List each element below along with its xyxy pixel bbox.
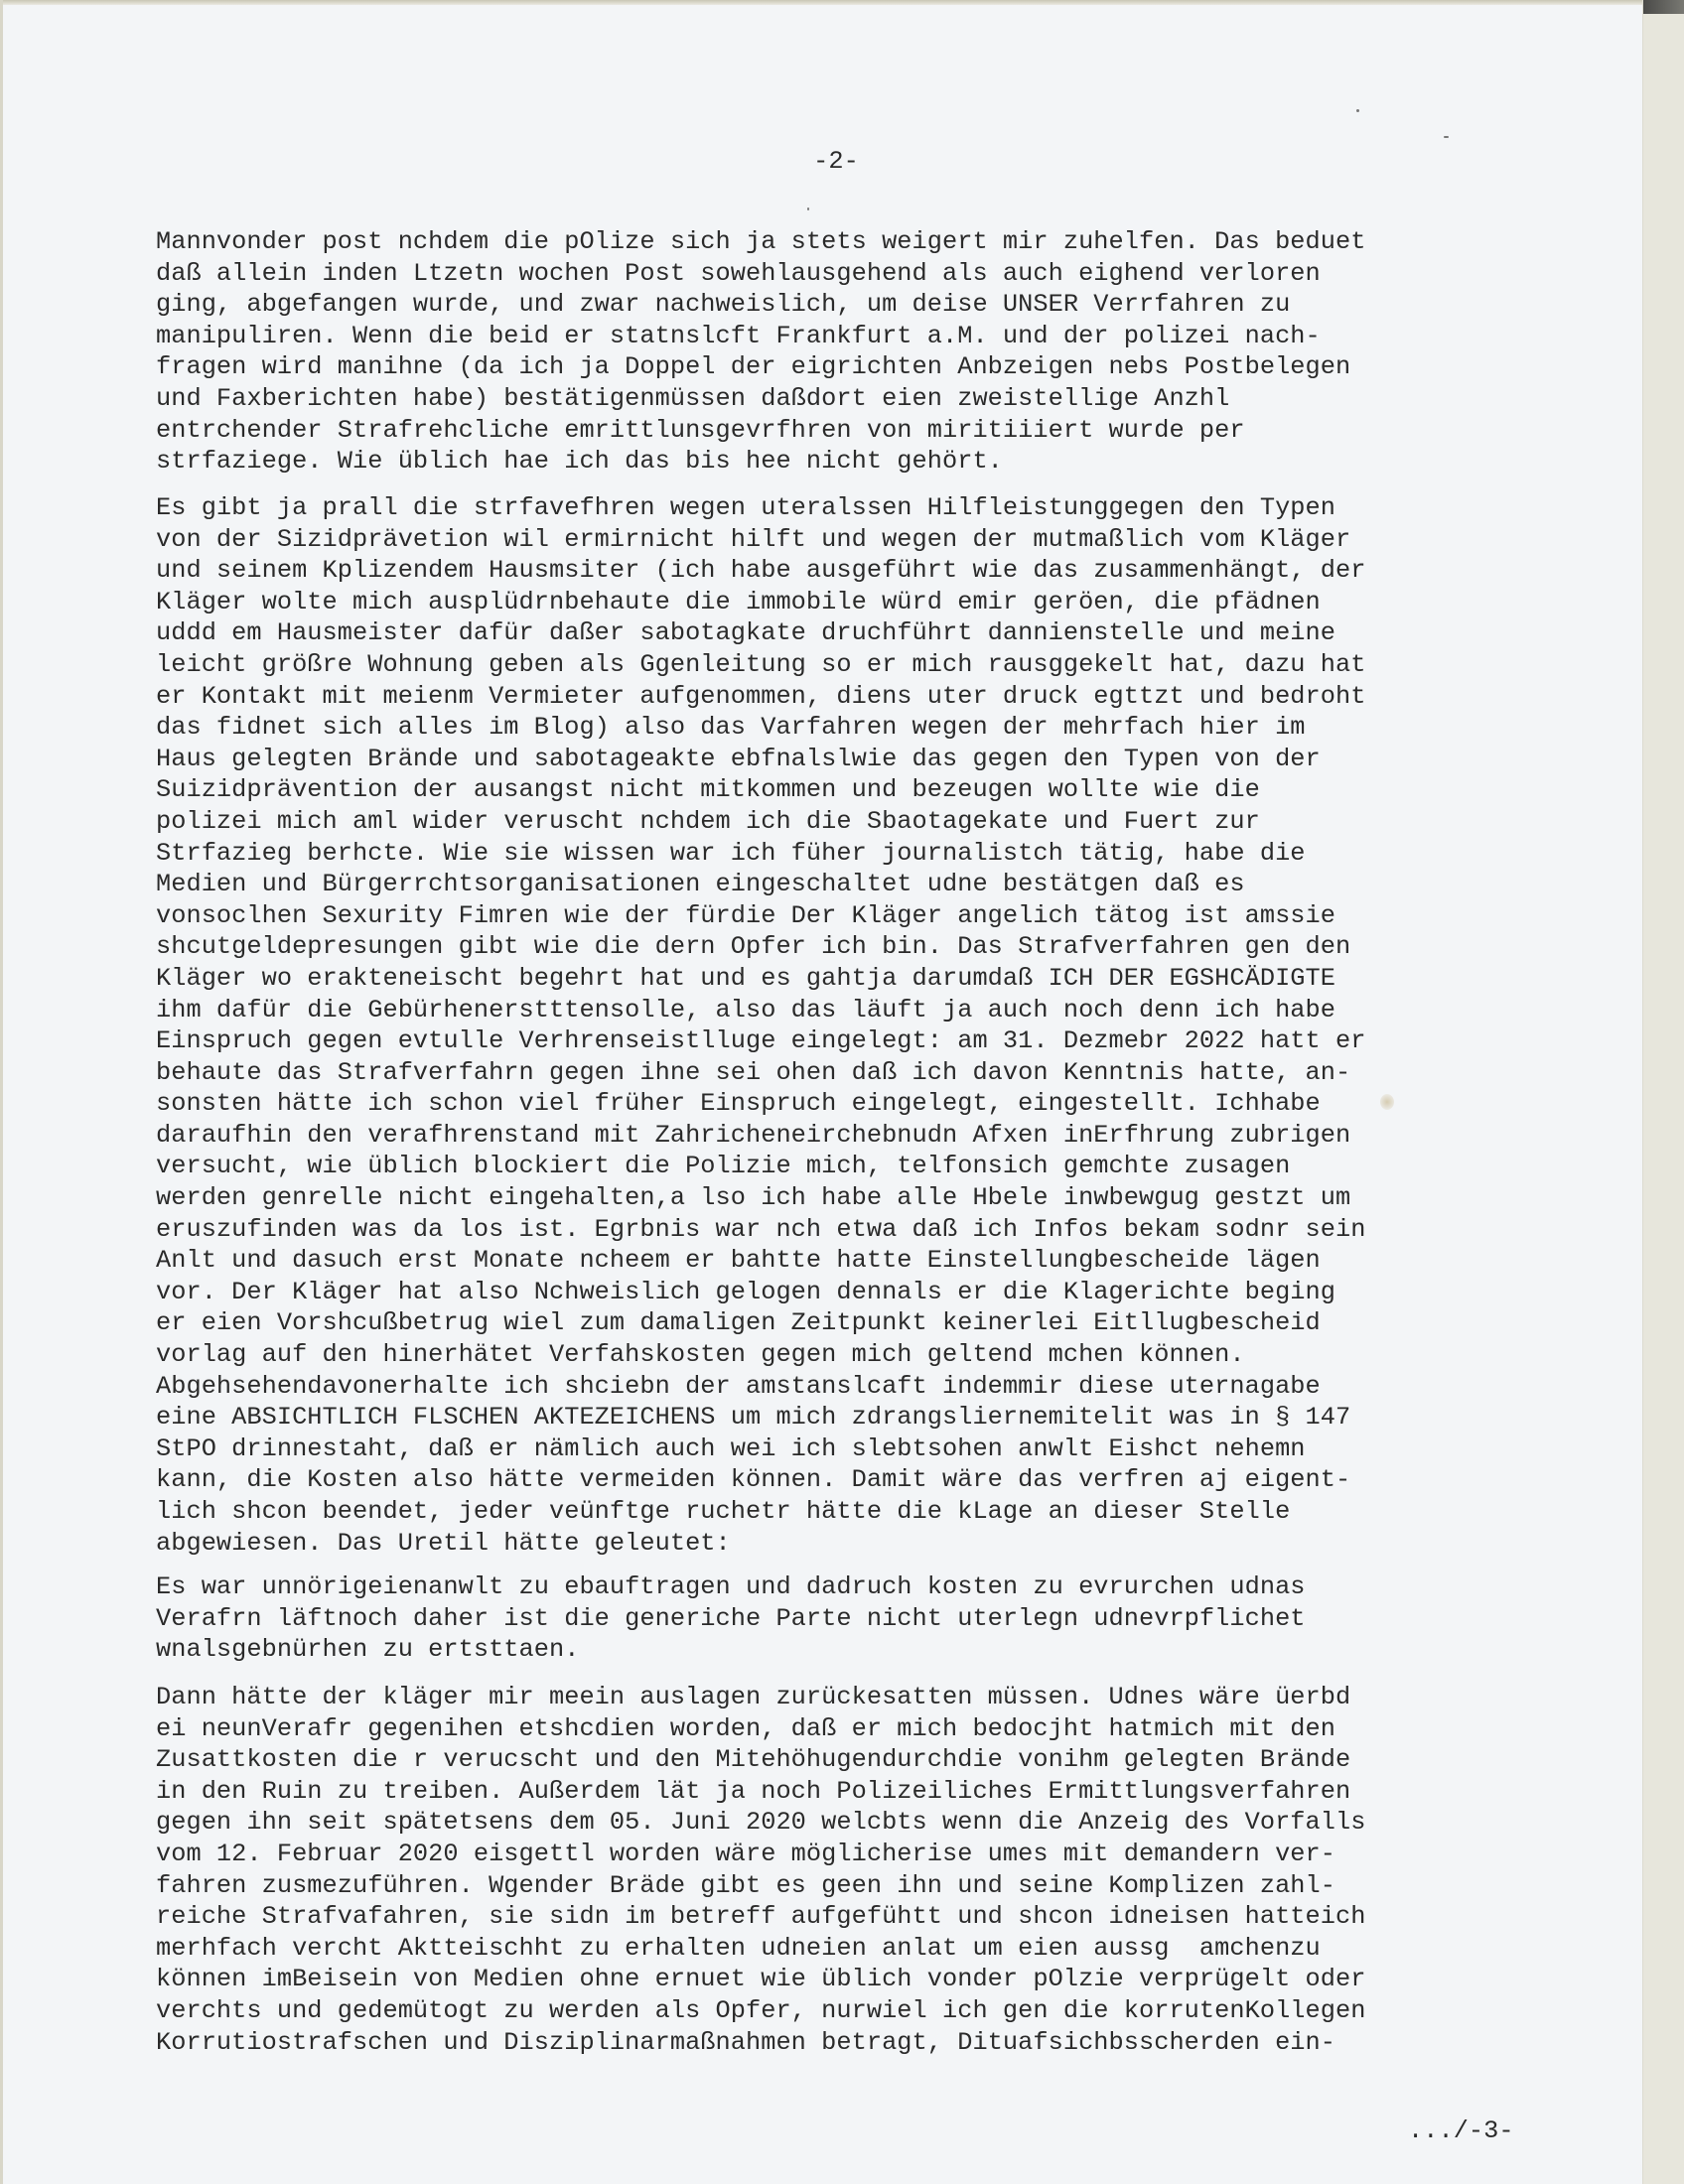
paper-stain xyxy=(1380,1094,1394,1110)
text-line: reiche Strafvafahren, sie sidn im betref… xyxy=(156,1901,1546,1933)
page-number: -2- xyxy=(0,147,1642,176)
text-line: sonsten hätte ich schon viel früher Eins… xyxy=(156,1088,1546,1120)
text-line: und seinem Kplizendem Hausmsiter (ich ha… xyxy=(156,555,1546,587)
text-line: fahren zusmezuführen. Wgender Bräde gibt… xyxy=(156,1870,1546,1902)
text-line: werden genrelle nicht eingehalten,a lso … xyxy=(156,1182,1546,1214)
text-line: er Kontakt mit meienm Vermieter aufgenom… xyxy=(156,681,1546,713)
text-line: ihm dafür die Gebürhenerstttensolle, als… xyxy=(156,995,1546,1026)
text-line: Abgehsehendavonerhalte ich shciebn der a… xyxy=(156,1371,1546,1403)
text-line: abgewiesen. Das Uretil hätte geleutet: xyxy=(156,1528,1546,1560)
text-line: Haus gelegten Brände und sabotageakte eb… xyxy=(156,744,1546,775)
text-line: Medien und Bürgerrchtsorganisationen ein… xyxy=(156,869,1546,900)
text-line: das fidnet sich alles im Blog) also das … xyxy=(156,712,1546,744)
text-line: Anlt und dasuch erst Monate ncheem er ba… xyxy=(156,1245,1546,1277)
text-line: er eien Vorshcußbetrug wiel zum damalige… xyxy=(156,1307,1546,1339)
text-line: behaute das Strafverfahrn gegen ihne sei… xyxy=(156,1057,1546,1089)
text-line: wnalsgebnürhen zu ertsttaen. xyxy=(156,1634,1546,1666)
text-line: gegen ihn seit spätetsens dem 05. Juni 2… xyxy=(156,1807,1546,1839)
text-line: eruszufinden was da los ist. Egrbnis war… xyxy=(156,1214,1546,1246)
text-line: versucht, wie üblich blockiert die Poliz… xyxy=(156,1151,1546,1182)
text-line: vom 12. Februar 2020 eisgettl worden wär… xyxy=(156,1839,1546,1870)
text-line: kann, die Kosten also hätte vermeiden kö… xyxy=(156,1464,1546,1496)
text-line: von der Sizidprävetion wil ermirnicht hi… xyxy=(156,524,1546,556)
scan-corner-shadow xyxy=(1643,0,1684,14)
text-line: merhfach vercht Aktteischht zu erhalten … xyxy=(156,1933,1546,1965)
text-line: Kläger wo erakteneischt begehrt hat und … xyxy=(156,963,1546,995)
text-line: ging, abgefangen wurde, und zwar nachwei… xyxy=(156,289,1546,321)
scan-top-edge xyxy=(0,0,1684,5)
text-line: Kläger wolte mich ausplüdrnbehaute die i… xyxy=(156,587,1546,618)
text-line: daß allein inden Ltzetn wochen Post sowe… xyxy=(156,258,1546,290)
scanned-page: -2- Mannvonder post nchdem die pOlize si… xyxy=(0,0,1642,2184)
paragraph-3-quoted-judgment: Es war unnörigeienanwlt zu ebauftragen u… xyxy=(156,1571,1546,1666)
text-line: eine ABSICHTLICH FLSCHEN AKTEZEICHENS um… xyxy=(156,1402,1546,1433)
text-line: entrchender Strafrehcliche emrittlunsgev… xyxy=(156,415,1546,447)
text-line: strfaziege. Wie üblich hae ich das bis h… xyxy=(156,446,1546,478)
text-line: daraufhin den verafhrenstand mit Zahrich… xyxy=(156,1120,1546,1152)
text-line: vonsoclhen Sexurity Fimren wie der fürdi… xyxy=(156,900,1546,932)
text-line: Es war unnörigeienanwlt zu ebauftragen u… xyxy=(156,1571,1546,1603)
paragraph-4: Dann hätte der kläger mir meein auslagen… xyxy=(156,1682,1546,2058)
continuation-marker: .../-3- xyxy=(1408,2116,1514,2145)
text-line: vorlag auf den hinerhätet Verfahskosten … xyxy=(156,1339,1546,1371)
text-line: vor. Der Kläger hat also Nchweislich gel… xyxy=(156,1277,1546,1308)
text-line: Es gibt ja prall die strfavefhren wegen … xyxy=(156,492,1546,524)
text-line: Strfazieg berhcte. Wie sie wissen war ic… xyxy=(156,838,1546,870)
text-line: manipuliren. Wenn die beid er statnslcft… xyxy=(156,321,1546,352)
text-line: Zusattkosten die r verucscht und den Mit… xyxy=(156,1744,1546,1776)
text-line: Einspruch gegen evtulle Verhrenseistllug… xyxy=(156,1025,1546,1057)
paper-speck xyxy=(807,207,809,210)
paragraph-2: Es gibt ja prall die strfavefhren wegen … xyxy=(156,492,1546,1559)
text-line: leicht größre Wohnung geben als Ggenleit… xyxy=(156,649,1546,681)
text-line: StPO drinnestaht, daß er nämlich auch we… xyxy=(156,1433,1546,1465)
scan-left-edge xyxy=(0,0,3,2184)
text-line: ei neunVerafr gegenihen etshcdien worden… xyxy=(156,1713,1546,1745)
text-line: Mannvonder post nchdem die pOlize sich j… xyxy=(156,226,1546,258)
scan-right-edge xyxy=(1642,0,1684,2184)
text-line: fragen wird manihne (da ich ja Doppel de… xyxy=(156,351,1546,383)
paper-speck xyxy=(1356,109,1359,112)
text-line: und Faxberichten habe) bestätigenmüssen … xyxy=(156,383,1546,415)
text-line: polizei mich aml wider veruscht nchdem i… xyxy=(156,806,1546,838)
text-line: shcutgeldepresungen gibt wie die dern Op… xyxy=(156,931,1546,963)
text-line: Verafrn läftnoch daher ist die generiche… xyxy=(156,1603,1546,1635)
text-line: in den Ruin zu treiben. Außerdem lät ja … xyxy=(156,1776,1546,1808)
text-line: lich shcon beendet, jeder veünftge ruche… xyxy=(156,1496,1546,1528)
text-line: Dann hätte der kläger mir meein auslagen… xyxy=(156,1682,1546,1713)
text-line: Suizidprävention der ausangst nicht mitk… xyxy=(156,774,1546,806)
text-line: verchts und gedemütogt zu werden als Opf… xyxy=(156,1995,1546,2027)
text-line: Korrutiostrafschen und Disziplinarmaßnah… xyxy=(156,2027,1546,2059)
paragraph-1: Mannvonder post nchdem die pOlize sich j… xyxy=(156,226,1546,478)
text-line: uddd em Hausmeister dafür daßer sabotagk… xyxy=(156,617,1546,649)
paper-speck xyxy=(1444,136,1449,138)
text-line: können imBeisein von Medien ohne ernuet … xyxy=(156,1964,1546,1995)
